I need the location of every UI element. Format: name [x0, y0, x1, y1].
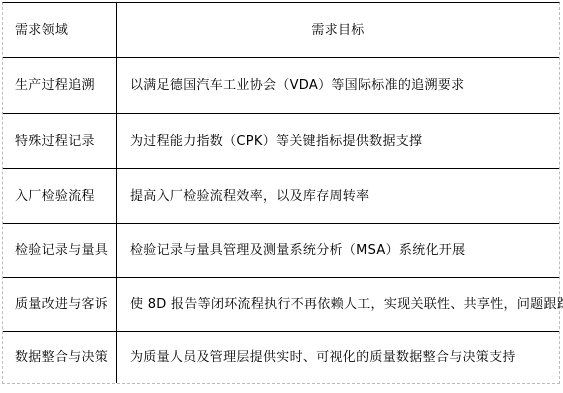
goal-cell: 使 8D 报告等闭环流程执行不再依赖人工，实现关联性、共享性，问题跟踪闭环	[117, 278, 563, 331]
header-cell-requirement-goal: 需求目标	[117, 3, 559, 57]
goal-cell: 为过程能力指数（CPK）等关键指标提供数据支撑	[117, 114, 559, 168]
area-cell: 质量改进与客诉	[3, 278, 117, 331]
area-text: 检验记录与量具	[15, 242, 108, 259]
area-text: 特殊过程记录	[15, 133, 95, 150]
area-cell: 检验记录与量具	[3, 224, 117, 277]
table-row: 生产过程追溯 以满足德国汽车工业协会（VDA）等国际标准的追溯要求	[3, 58, 559, 114]
goal-text: 为过程能力指数（CPK）等关键指标提供数据支撑	[130, 133, 422, 150]
area-cell: 特殊过程记录	[3, 114, 117, 168]
area-text: 质量改进与客诉	[15, 296, 108, 313]
area-cell: 生产过程追溯	[3, 58, 117, 113]
goal-text: 提高入厂检验流程效率，以及库存周转率	[130, 188, 369, 205]
requirements-table: 需求领域 需求目标 生产过程追溯 以满足德国汽车工业协会（VDA）等国际标准的追…	[2, 2, 560, 384]
goal-cell: 为质量人员及管理层提供实时、可视化的质量数据整合与决策支持	[117, 332, 559, 383]
table-row: 数据整合与决策 为质量人员及管理层提供实时、可视化的质量数据整合与决策支持	[3, 332, 559, 383]
table-row: 入厂检验流程 提高入厂检验流程效率，以及库存周转率	[3, 169, 559, 224]
goal-cell: 提高入厂检验流程效率，以及库存周转率	[117, 169, 559, 223]
table-row: 特殊过程记录 为过程能力指数（CPK）等关键指标提供数据支撑	[3, 114, 559, 169]
area-cell: 数据整合与决策	[3, 332, 117, 383]
area-text: 数据整合与决策	[15, 349, 108, 366]
goal-text: 使 8D 报告等闭环流程执行不再依赖人工，实现关联性、共享性，问题跟踪闭环	[130, 296, 563, 313]
goal-text: 以满足德国汽车工业协会（VDA）等国际标准的追溯要求	[130, 77, 464, 94]
goal-cell: 以满足德国汽车工业协会（VDA）等国际标准的追溯要求	[117, 58, 559, 113]
header-cell-requirement-area: 需求领域	[3, 3, 117, 57]
goal-text: 检验记录与量具管理及测量系统分析（MSA）系统化开展	[130, 242, 465, 259]
header-label-area: 需求领域	[15, 22, 68, 39]
table-row: 检验记录与量具 检验记录与量具管理及测量系统分析（MSA）系统化开展	[3, 224, 559, 278]
area-text: 入厂检验流程	[15, 188, 95, 205]
area-text: 生产过程追溯	[15, 77, 95, 94]
goal-cell: 检验记录与量具管理及测量系统分析（MSA）系统化开展	[117, 224, 559, 277]
header-label-goal: 需求目标	[311, 22, 364, 39]
area-cell: 入厂检验流程	[3, 169, 117, 223]
table-header-row: 需求领域 需求目标	[3, 3, 559, 58]
table-row: 质量改进与客诉 使 8D 报告等闭环流程执行不再依赖人工，实现关联性、共享性，问…	[3, 278, 559, 332]
goal-text: 为质量人员及管理层提供实时、可视化的质量数据整合与决策支持	[130, 349, 516, 366]
